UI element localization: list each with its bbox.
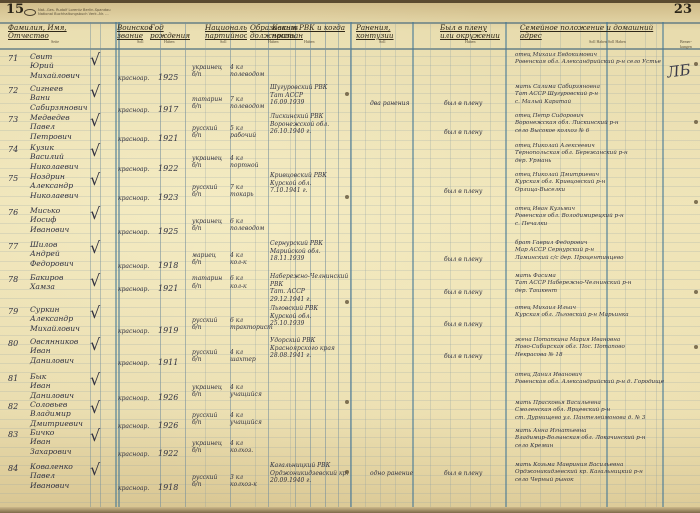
rank: красноар. bbox=[118, 360, 149, 368]
birth-year: 1918 bbox=[158, 261, 178, 270]
relatives-address: мать ФасимаТат АССР Набережно-Челнинский… bbox=[515, 273, 631, 295]
soldier-name: СвитЮрийМихайлович bbox=[30, 52, 80, 80]
soldier-name-line: Данилович bbox=[30, 356, 78, 365]
soldier-name-line: Бакиров bbox=[30, 273, 63, 282]
soldier-name-line: Хамза bbox=[30, 282, 63, 291]
punch-hole bbox=[694, 200, 698, 204]
row-number: 73 bbox=[8, 115, 18, 124]
birth-year: 1925 bbox=[158, 73, 178, 82]
row-number: 74 bbox=[8, 145, 18, 154]
birth-year: 1926 bbox=[158, 393, 178, 402]
education-occupation-line: колхоз-к bbox=[230, 481, 257, 489]
soldier-name-line: Суркин bbox=[30, 305, 80, 314]
nationality-party: русскийб/п bbox=[192, 317, 217, 332]
draft-office-line: РВК bbox=[270, 281, 348, 289]
rank: красноар. bbox=[118, 136, 149, 144]
education-occupation: 4 клучащийся bbox=[230, 384, 262, 399]
nationality-party: русскийб/п bbox=[192, 184, 217, 199]
row-number: 77 bbox=[8, 242, 18, 251]
draft-office-line: Сернурский РВК bbox=[270, 240, 323, 248]
birth-year: 1917 bbox=[158, 105, 178, 114]
relatives-address: отец Михаил ЕвдокимовичРовенская обл. Ал… bbox=[515, 52, 661, 67]
education-occupation-line: 6 кл bbox=[230, 275, 247, 283]
nationality-party-line: б/п bbox=[192, 391, 222, 399]
education-occupation: 4 клшахтер bbox=[230, 349, 256, 364]
rank: красноар. bbox=[118, 451, 149, 459]
relatives-address-line: Ново-Сибирская обл. Пос. Потапово bbox=[515, 344, 625, 351]
education-occupation-line: полеводом bbox=[230, 103, 264, 111]
draft-office-line: 29.12.1941 г. bbox=[270, 296, 348, 304]
birth-year: 1921 bbox=[158, 134, 178, 143]
nationality-party-line: б/п bbox=[192, 324, 217, 332]
nationality-party: украинецб/п bbox=[192, 384, 222, 399]
draft-office-line: Орджоникидзевский кр. bbox=[270, 470, 348, 478]
ink-mark: ЛБ bbox=[666, 60, 692, 81]
draft-office-line: 25.10.1939 bbox=[270, 320, 318, 328]
column-divider bbox=[350, 22, 351, 507]
draft-office: Кагальницкий РВКОрджоникидзевский кр.20.… bbox=[270, 462, 348, 485]
soldier-name-line: Вани bbox=[30, 93, 88, 102]
nationality-party-line: русский bbox=[192, 474, 217, 482]
draft-office-line: Тат АССР bbox=[270, 92, 327, 100]
soldier-name-line: Николаевич bbox=[30, 191, 79, 200]
nationality-party-line: б/п bbox=[192, 71, 222, 79]
education-occupation-line: 4 кл bbox=[230, 440, 253, 448]
relatives-address-line: село Высокое колхоз № 6 bbox=[515, 128, 619, 135]
row-number: 75 bbox=[8, 174, 18, 183]
nationality-party-line: русский bbox=[192, 349, 217, 357]
draft-office-line: Курской обл. bbox=[270, 313, 318, 321]
column-divider bbox=[338, 22, 339, 507]
ruled-column bbox=[185, 22, 186, 507]
relatives-address-line: Тат АССР Набережно-Челнинский р-н bbox=[515, 280, 631, 287]
nationality-party: украинецб/п bbox=[192, 440, 222, 455]
soldier-name-line: Шилов bbox=[30, 240, 74, 249]
soldier-name: БыкИванДанилович bbox=[30, 372, 74, 400]
row-number: 83 bbox=[8, 430, 18, 439]
rank: красноар. bbox=[118, 485, 149, 493]
birth-year: 1922 bbox=[158, 164, 178, 173]
soldier-name-line: Коваленко bbox=[30, 462, 73, 471]
check-mark: √ bbox=[90, 111, 100, 130]
nationality-party: украинецб/п bbox=[192, 218, 222, 233]
column-divider bbox=[412, 22, 414, 507]
draft-office-line: Кагальницкий РВК bbox=[270, 462, 348, 470]
header-sub-year: Haben bbox=[164, 39, 174, 44]
nationality-party-line: мариец bbox=[192, 252, 216, 260]
nationality-party: мариецб/п bbox=[192, 252, 216, 267]
education-occupation-line: 4 кл bbox=[230, 384, 262, 392]
nationality-party: татаринб/п bbox=[192, 96, 222, 111]
relatives-address-line: Смоленская обл. Ярцевский р-н bbox=[515, 407, 645, 414]
relatives-address: отец Михаил ИльичКурская обл. Льговский … bbox=[515, 305, 629, 320]
soldier-name: СигнеевВаниСабирзянович bbox=[30, 84, 88, 112]
relatives-address-line: Воронежская обл. Лискинский р-н bbox=[515, 120, 619, 127]
relatives-address: отец Николай ДмитриевичКурская обл. Крив… bbox=[515, 172, 605, 194]
soldier-name-line: Василий bbox=[30, 152, 79, 161]
row-number: 72 bbox=[8, 86, 18, 95]
soldier-name-line: Михайлович bbox=[30, 324, 80, 333]
education-occupation: 5 клрабочий bbox=[230, 125, 256, 140]
rank: красноар. bbox=[118, 328, 149, 336]
education-occupation-line: учащийся bbox=[230, 419, 262, 427]
draft-office: Удорский РВККрасноярского края28.08.1941… bbox=[270, 337, 335, 360]
relatives-address: отец Николай АлексеевичТернопольская обл… bbox=[515, 143, 628, 165]
education-occupation-line: 6 кл bbox=[230, 218, 264, 226]
relatives-address-line: ст. Дурнищево ул. Пантелеймонова д. № 3 bbox=[515, 415, 645, 422]
education-occupation: 4 клполеводом bbox=[230, 64, 264, 79]
scan-edge-top bbox=[0, 0, 700, 3]
education-occupation: 4 клколхоз. bbox=[230, 440, 253, 455]
soldier-name-line: Александр bbox=[30, 314, 80, 323]
row-number: 82 bbox=[8, 402, 18, 411]
education-occupation-line: портной bbox=[230, 162, 258, 170]
relatives-address-line: село Черный рынок bbox=[515, 477, 643, 484]
nationality-party-line: б/п bbox=[192, 419, 217, 427]
soldier-name-line: Иван bbox=[30, 437, 72, 446]
ruled-column bbox=[470, 22, 471, 507]
relatives-address-line: Орджоникидзевский кр. Кагальницкий р-н bbox=[515, 469, 643, 476]
draft-office-line: Тат. АССР bbox=[270, 288, 348, 296]
rank: красноар. bbox=[118, 263, 149, 271]
draft-office-line: 20.09.1940 г. bbox=[270, 477, 348, 485]
relatives-address: мать Анна ИгнатьевнаВладимир-Волынская о… bbox=[515, 428, 645, 450]
nationality-party-line: украинец bbox=[192, 440, 222, 448]
captivity-status: был в плену bbox=[444, 188, 482, 196]
education-occupation: 6 клтракторист bbox=[230, 317, 273, 332]
draft-office-line: Курской обл. bbox=[270, 180, 327, 188]
relatives-address: мать Салима СабирзяновнаТат АССР Шугуров… bbox=[515, 84, 600, 106]
header-sub-status: Haben bbox=[465, 39, 475, 44]
check-mark: √ bbox=[90, 303, 100, 322]
ruled-column bbox=[450, 22, 451, 507]
relatives-address-line: Некрасова № 18 bbox=[515, 352, 625, 359]
nationality-party: украинецб/п bbox=[192, 155, 222, 170]
birth-year: 1918 bbox=[158, 483, 178, 492]
soldier-name-line: Мисько bbox=[30, 206, 69, 215]
nationality-party-line: украинец bbox=[192, 64, 222, 72]
relatives-address-line: Владимир-Волынская обл. Локачинский р-н bbox=[515, 435, 645, 442]
draft-office-line: Марийской обл. bbox=[270, 248, 323, 256]
nationality-party-line: украинец bbox=[192, 384, 222, 392]
soldier-name-line: Александр bbox=[30, 181, 79, 190]
soldier-name: ШиловАндрейФедорович bbox=[30, 240, 74, 268]
nationality-party: русскийб/п bbox=[192, 349, 217, 364]
draft-office-line: 28.08.1941 г. bbox=[270, 352, 335, 360]
nationality-party: русскийб/п bbox=[192, 474, 217, 489]
nationality-party: русскийб/п bbox=[192, 125, 217, 140]
education-occupation-line: полеводом bbox=[230, 225, 264, 233]
soldier-name-line: Петрович bbox=[30, 132, 72, 141]
education-occupation-line: кол-к bbox=[230, 259, 247, 267]
education-occupation-line: 4 кл bbox=[230, 412, 262, 420]
relatives-address-line: Ровенская обл. Володимирецкий р-н bbox=[515, 213, 624, 220]
draft-office: Лискинский РВКВоронежской обл.26.10.1940… bbox=[270, 113, 329, 136]
punch-hole bbox=[694, 62, 698, 66]
relatives-address-line: дер. Урмань bbox=[515, 158, 628, 165]
column-divider bbox=[115, 22, 117, 507]
ruled-column bbox=[255, 22, 256, 507]
soldier-name: СоловьевВладимирДмитриевич bbox=[30, 400, 83, 428]
header-sub-wounds: Soll bbox=[379, 39, 385, 44]
draft-office-line: 18.11.1939 bbox=[270, 255, 323, 263]
education-occupation-line: учащийся bbox=[230, 391, 262, 399]
check-mark: √ bbox=[90, 141, 100, 160]
relatives-address-line: брат Гаврил Федорович bbox=[515, 240, 623, 247]
birth-year: 1926 bbox=[158, 421, 178, 430]
soldier-name: КузикВасилийНиколаевич bbox=[30, 143, 79, 171]
relatives-address-line: Ровенская обл. Александрийский р-н д. Го… bbox=[515, 379, 664, 386]
ruled-column bbox=[380, 22, 381, 507]
column-divider bbox=[662, 22, 664, 507]
soldier-name-line: Бык bbox=[30, 372, 74, 381]
relatives-address-line: Тат АССР Шугуровский р-н bbox=[515, 91, 600, 98]
relatives-address: жена Потапкина Мария ИвановнаНово-Сибирс… bbox=[515, 337, 625, 359]
row-number: 84 bbox=[8, 464, 18, 473]
education-occupation: 6 клполеводом bbox=[230, 218, 264, 233]
header-sub-draft: Haben bbox=[304, 39, 314, 44]
soldier-name-line: Медведев bbox=[30, 113, 72, 122]
relatives-address-line: Курская обл. Кривцовский р-н bbox=[515, 179, 605, 186]
check-mark: √ bbox=[90, 398, 100, 417]
soldier-name-line: Кузик bbox=[30, 143, 79, 152]
draft-office-line: 7.10.1941 г. bbox=[270, 187, 327, 195]
rank: красноар. bbox=[118, 195, 149, 203]
draft-office: Шугуровский РВКТат АССР16.09.1939 bbox=[270, 84, 327, 107]
punch-hole bbox=[345, 400, 349, 404]
relatives-address-line: Орлица-Выселки bbox=[515, 187, 605, 194]
relatives-address-line: село Кремин bbox=[515, 443, 645, 450]
ledger-page: 15 23 Nat.-Ges. Rudolf Lorentz Berlin-Sp… bbox=[0, 0, 700, 513]
wounds: одно ранение bbox=[370, 470, 413, 478]
soldier-name: БичкоИванЗахарович bbox=[30, 428, 72, 456]
relatives-address-line: Ровенская обл. Александрийский р-н село … bbox=[515, 59, 661, 66]
row-number: 71 bbox=[8, 54, 18, 63]
nationality-party-line: б/п bbox=[192, 132, 217, 140]
check-mark: √ bbox=[90, 271, 100, 290]
relatives-address-line: мать Козьма Мавриния Васильевна bbox=[515, 462, 643, 469]
soldier-name-line: Иванович bbox=[30, 225, 69, 234]
ruled-column bbox=[268, 22, 269, 507]
draft-office-line: Шугуровский РВК bbox=[270, 84, 327, 92]
captivity-status: был в плену bbox=[444, 129, 482, 137]
relatives-address-line: дер. Ташкент bbox=[515, 288, 631, 295]
header-sub-notes: Bemer-kungen bbox=[680, 39, 700, 49]
education-occupation-line: 7 кл bbox=[230, 184, 254, 192]
education-occupation-line: токарь bbox=[230, 191, 254, 199]
check-mark: √ bbox=[90, 204, 100, 223]
soldier-name-line: Данилович bbox=[30, 391, 74, 400]
nationality-party: украинецб/п bbox=[192, 64, 222, 79]
nationality-party-line: б/п bbox=[192, 481, 217, 489]
soldier-name-line: Соловьев bbox=[30, 400, 83, 409]
draft-office-line: Красноярского края bbox=[270, 345, 335, 353]
education-occupation-line: тракторист bbox=[230, 324, 273, 332]
relatives-address: отец Иван КузьмичРовенская обл. Володими… bbox=[515, 206, 624, 228]
education-occupation-line: колхоз. bbox=[230, 447, 253, 455]
punch-hole bbox=[345, 195, 349, 199]
check-mark: √ bbox=[90, 170, 100, 189]
printer-imprint: Nat.-Ges. Rudolf Lorentz Berlin-Spandau … bbox=[38, 8, 111, 16]
nationality-party: татаринб/п bbox=[192, 275, 222, 290]
relatives-address-line: с. Малый Каратай bbox=[515, 99, 600, 106]
soldier-name-line: Павел bbox=[30, 471, 73, 480]
row-number: 76 bbox=[8, 208, 18, 217]
draft-office-line: Воронежской обл. bbox=[270, 121, 329, 129]
rank: красноар. bbox=[118, 107, 149, 115]
education-occupation-line: 4 кл bbox=[230, 64, 264, 72]
rank: красноар. bbox=[118, 75, 149, 83]
education-occupation: 6 клкол-к bbox=[230, 275, 247, 290]
header-sub-nationality: Soll bbox=[220, 39, 226, 44]
soldier-name-line: Михайлович bbox=[30, 71, 80, 80]
draft-office-line: Кривцовский РВК bbox=[270, 172, 327, 180]
soldier-name-line: Бичко bbox=[30, 428, 72, 437]
soldier-name-line: Ноздрин bbox=[30, 172, 79, 181]
birth-year: 1923 bbox=[158, 193, 178, 202]
relatives-address-line: с. Печалки bbox=[515, 221, 624, 228]
captivity-status: был в плену bbox=[444, 289, 482, 297]
nationality-party-line: русский bbox=[192, 125, 217, 133]
draft-office-line: Льговский РВК bbox=[270, 305, 318, 313]
ruled-column bbox=[430, 22, 431, 507]
nationality-party-line: украинец bbox=[192, 218, 222, 226]
ruled-column bbox=[365, 22, 366, 507]
row-number: 80 bbox=[8, 339, 18, 348]
nationality-party-line: б/п bbox=[192, 191, 217, 199]
relatives-address: отец Петр СидоровичВоронежская обл. Лиск… bbox=[515, 113, 619, 135]
check-mark: √ bbox=[90, 50, 100, 69]
draft-office: Сернурский РВКМарийской обл.18.11.1939 bbox=[270, 240, 323, 263]
soldier-name-line: Павел bbox=[30, 122, 72, 131]
rank: красноар. bbox=[118, 229, 149, 237]
nationality-party-line: б/п bbox=[192, 447, 222, 455]
soldier-name-line: Захарович bbox=[30, 447, 72, 456]
row-number: 78 bbox=[8, 275, 18, 284]
soldier-name-line: Сабирзянович bbox=[30, 103, 88, 112]
check-mark: √ bbox=[90, 335, 100, 354]
education-occupation-line: 3 кл bbox=[230, 474, 257, 482]
soldier-name-line: Федорович bbox=[30, 259, 74, 268]
soldier-name-line: Иван bbox=[30, 381, 74, 390]
draft-office-line: 16.09.1939 bbox=[270, 99, 327, 107]
soldier-name: ОвсянниковИванДанилович bbox=[30, 337, 78, 365]
punch-hole bbox=[694, 290, 698, 294]
ruled-column bbox=[395, 22, 396, 507]
check-mark: √ bbox=[90, 370, 100, 389]
soldier-name-line: Иванович bbox=[30, 481, 73, 490]
page-number-left: 15 bbox=[6, 2, 24, 17]
birth-year: 1919 bbox=[158, 326, 178, 335]
check-mark: √ bbox=[90, 426, 100, 445]
education-occupation-line: 6 кл bbox=[230, 317, 273, 325]
education-occupation-line: полеводом bbox=[230, 71, 264, 79]
relatives-address-line: Курская обл. Льговский р-н Марьинка bbox=[515, 312, 629, 319]
header-sub-rank: Soll bbox=[137, 39, 143, 44]
education-occupation: 3 клколхоз-к bbox=[230, 474, 257, 489]
row-number: 81 bbox=[8, 374, 18, 383]
rank: красноар. bbox=[118, 166, 149, 174]
nationality-party-line: русский bbox=[192, 184, 217, 192]
page-number-right: 23 bbox=[674, 2, 692, 17]
relatives-address: брат Гаврил ФедоровичМар АССР Сернурский… bbox=[515, 240, 623, 262]
birth-year: 1925 bbox=[158, 227, 178, 236]
captivity-status: был в плену bbox=[444, 353, 482, 361]
relatives-address-line: Тернопольская обл. Бережанский р-н bbox=[515, 150, 628, 157]
draft-office: Набережно-ЧелнинскийРВКТат. АССР29.12.19… bbox=[270, 273, 348, 303]
education-occupation: 7 клтокарь bbox=[230, 184, 254, 199]
relatives-address-line: Ламинский с/с дер. Процентинцево bbox=[515, 255, 623, 262]
draft-office-line: Набережно-Челнинский bbox=[270, 273, 348, 281]
row-number: 79 bbox=[8, 307, 18, 316]
birth-year: 1922 bbox=[158, 449, 178, 458]
nationality-party: русскийб/п bbox=[192, 412, 217, 427]
education-occupation: 4 клучащийся bbox=[230, 412, 262, 427]
soldier-name: СуркинАлександрМихайлович bbox=[30, 305, 80, 333]
education-occupation-line: 4 кл bbox=[230, 155, 258, 163]
soldier-name-line: Юрий bbox=[30, 61, 80, 70]
education-occupation: 7 клполеводом bbox=[230, 96, 264, 111]
soldier-name: МедведевПавелПетрович bbox=[30, 113, 72, 141]
soldier-name: МиськоИосифИванович bbox=[30, 206, 69, 234]
soldier-name: БакировХамза bbox=[30, 273, 63, 292]
soldier-name-line: Иван bbox=[30, 346, 78, 355]
captivity-status: был в плену bbox=[444, 256, 482, 264]
soldier-name-line: Овсянников bbox=[30, 337, 78, 346]
soldier-name-line: Сигнеев bbox=[30, 84, 88, 93]
nationality-party-line: украинец bbox=[192, 155, 222, 163]
captivity-status: был в плену bbox=[444, 470, 482, 478]
soldier-name-line: Дмитриевич bbox=[30, 419, 83, 428]
draft-office-line: 26.10.1940 г. bbox=[270, 128, 329, 136]
check-mark: √ bbox=[90, 82, 100, 101]
education-occupation: 4 клкол-к bbox=[230, 252, 247, 267]
nationality-party-line: б/п bbox=[192, 103, 222, 111]
header-sub-relatives: Soll Haben Soll Haben bbox=[589, 39, 626, 44]
nationality-party-line: русский bbox=[192, 317, 217, 325]
education-occupation-line: шахтер bbox=[230, 356, 256, 364]
column-divider bbox=[505, 22, 507, 507]
draft-office: Льговский РВККурской обл.25.10.1939 bbox=[270, 305, 318, 328]
soldier-name-line: Андрей bbox=[30, 249, 74, 258]
nationality-party-line: б/п bbox=[192, 283, 222, 291]
draft-office: Кривцовский РВККурской обл.7.10.1941 г. bbox=[270, 172, 327, 195]
soldier-name-line: Свит bbox=[30, 52, 80, 61]
nationality-party-line: б/п bbox=[192, 225, 222, 233]
rank: красноар. bbox=[118, 395, 149, 403]
nationality-party-line: б/п bbox=[192, 356, 217, 364]
relatives-address: мать Прасковья ВасильевнаСмоленская обл.… bbox=[515, 400, 645, 422]
draft-office-line: Лискинский РВК bbox=[270, 113, 329, 121]
education-occupation-line: 4 кл bbox=[230, 252, 247, 260]
ruled-column bbox=[490, 22, 491, 507]
education-occupation-line: 4 кл bbox=[230, 349, 256, 357]
rank: красноар. bbox=[118, 423, 149, 431]
ruled-column bbox=[656, 22, 657, 507]
nationality-party-line: б/п bbox=[192, 162, 222, 170]
education-occupation-line: 7 кл bbox=[230, 96, 264, 104]
education-occupation-line: кол-к bbox=[230, 283, 247, 291]
nationality-party-line: татарин bbox=[192, 96, 222, 104]
header-sub-name: Seite bbox=[51, 39, 59, 44]
education-occupation-line: рабочий bbox=[230, 132, 256, 140]
relatives-address: отец Данил ИвановичРовенская обл. Алекса… bbox=[515, 372, 664, 387]
education-occupation: 4 клпортной bbox=[230, 155, 258, 170]
printer-logo-icon bbox=[24, 9, 36, 16]
birth-year: 1911 bbox=[158, 358, 178, 367]
nationality-party-line: русский bbox=[192, 412, 217, 420]
relatives-address-line: Мар АССР Сернурский р-н bbox=[515, 247, 623, 254]
